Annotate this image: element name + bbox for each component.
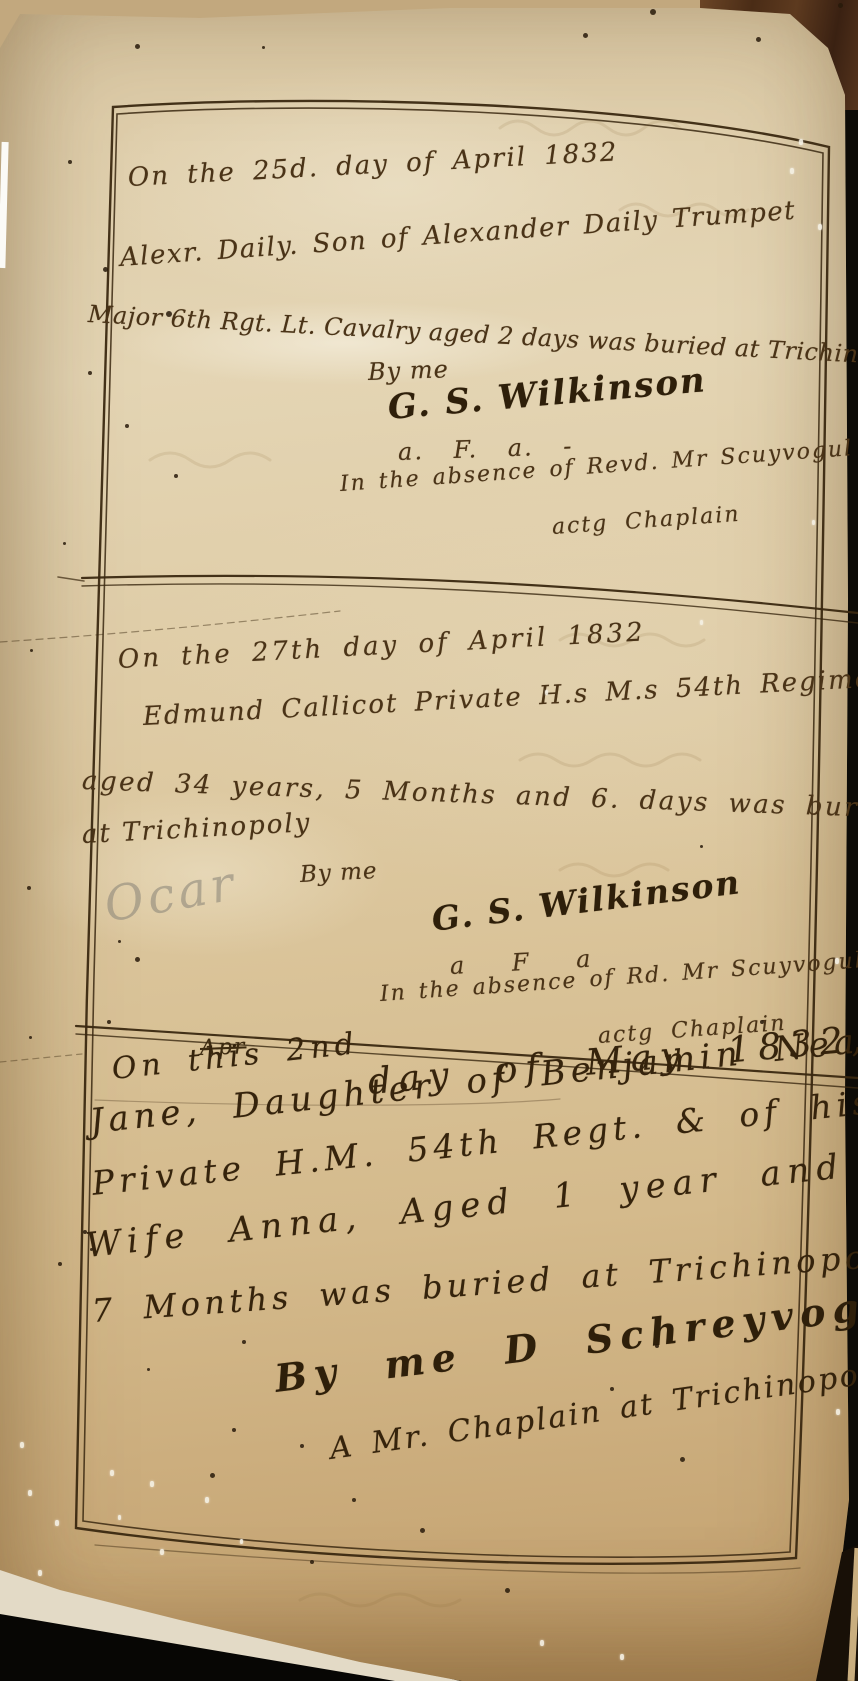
paper-hole-glint [240, 1539, 243, 1544]
ink-speck [352, 1498, 356, 1502]
paper-hole-glint [835, 958, 839, 964]
entry-2-by-me: By me [299, 858, 378, 888]
paper-hole-glint [545, 690, 548, 695]
ink-speck [68, 160, 72, 164]
ink-speck [83, 1230, 87, 1234]
ink-speck [232, 1428, 236, 1432]
ink-speck [88, 371, 92, 375]
paper-hole-glint [150, 1481, 154, 1487]
paper-hole-glint [799, 139, 803, 145]
ink-speck [29, 1036, 32, 1039]
paper-hole-glint [38, 1570, 42, 1576]
ink-speck [505, 1588, 510, 1593]
ink-speck [310, 1560, 314, 1564]
ink-speck [650, 9, 656, 15]
ink-speck [135, 957, 140, 962]
paper-hole-glint [205, 1497, 209, 1503]
paper-hole-glint [28, 1490, 32, 1496]
paper-hole-glint [20, 1442, 24, 1448]
entry-divider-1 [82, 576, 858, 613]
paper-hole-glint [818, 224, 822, 230]
ink-speck [27, 886, 31, 890]
divider-1-tick [58, 577, 84, 581]
paper-hole-glint [118, 1515, 121, 1520]
ink-speck [680, 1457, 685, 1462]
ink-speck [103, 267, 108, 272]
ink-speck [610, 1387, 614, 1391]
ink-speck [30, 649, 33, 652]
paper-hole-glint [790, 168, 794, 174]
ink-speck [58, 1262, 62, 1266]
paper-hole-glint [812, 520, 815, 525]
ink-speck [760, 1020, 764, 1024]
entry-divider-1b [82, 584, 858, 623]
ink-speck [420, 1528, 425, 1533]
ink-speck [125, 424, 129, 428]
ink-speck [838, 3, 843, 8]
ink-speck [210, 1473, 215, 1478]
paper-hole-glint [55, 1520, 59, 1526]
ink-speck [90, 1248, 93, 1251]
ink-speck [242, 1340, 246, 1344]
ink-speck [756, 37, 761, 42]
register-page-scan: On the 25d. day of April 1832 Alexr. Dai… [0, 0, 858, 1681]
ink-speck [655, 1344, 659, 1348]
ink-speck [300, 1444, 304, 1448]
paper-hole-glint [700, 620, 703, 625]
paper-hole-glint [540, 1640, 544, 1646]
paper-hole-glint [836, 1409, 840, 1415]
ink-speck [700, 845, 703, 848]
entry-divider-2-faint [0, 1054, 82, 1062]
ink-speck [107, 1020, 111, 1024]
ink-speck [583, 33, 588, 38]
ink-speck [174, 474, 178, 478]
entry-1-by-me: By me [368, 355, 450, 386]
ink-speck [166, 311, 172, 317]
ink-speck [118, 940, 121, 943]
paper-hole-glint [110, 1470, 114, 1476]
ink-speck [135, 44, 140, 49]
ink-speck [147, 1368, 150, 1371]
ink-speck [262, 46, 265, 49]
paper-hole-glint [160, 1549, 164, 1555]
paper-hole-glint [620, 1654, 624, 1660]
frame-bottom-echo [95, 1545, 800, 1573]
ink-speck [63, 542, 66, 545]
